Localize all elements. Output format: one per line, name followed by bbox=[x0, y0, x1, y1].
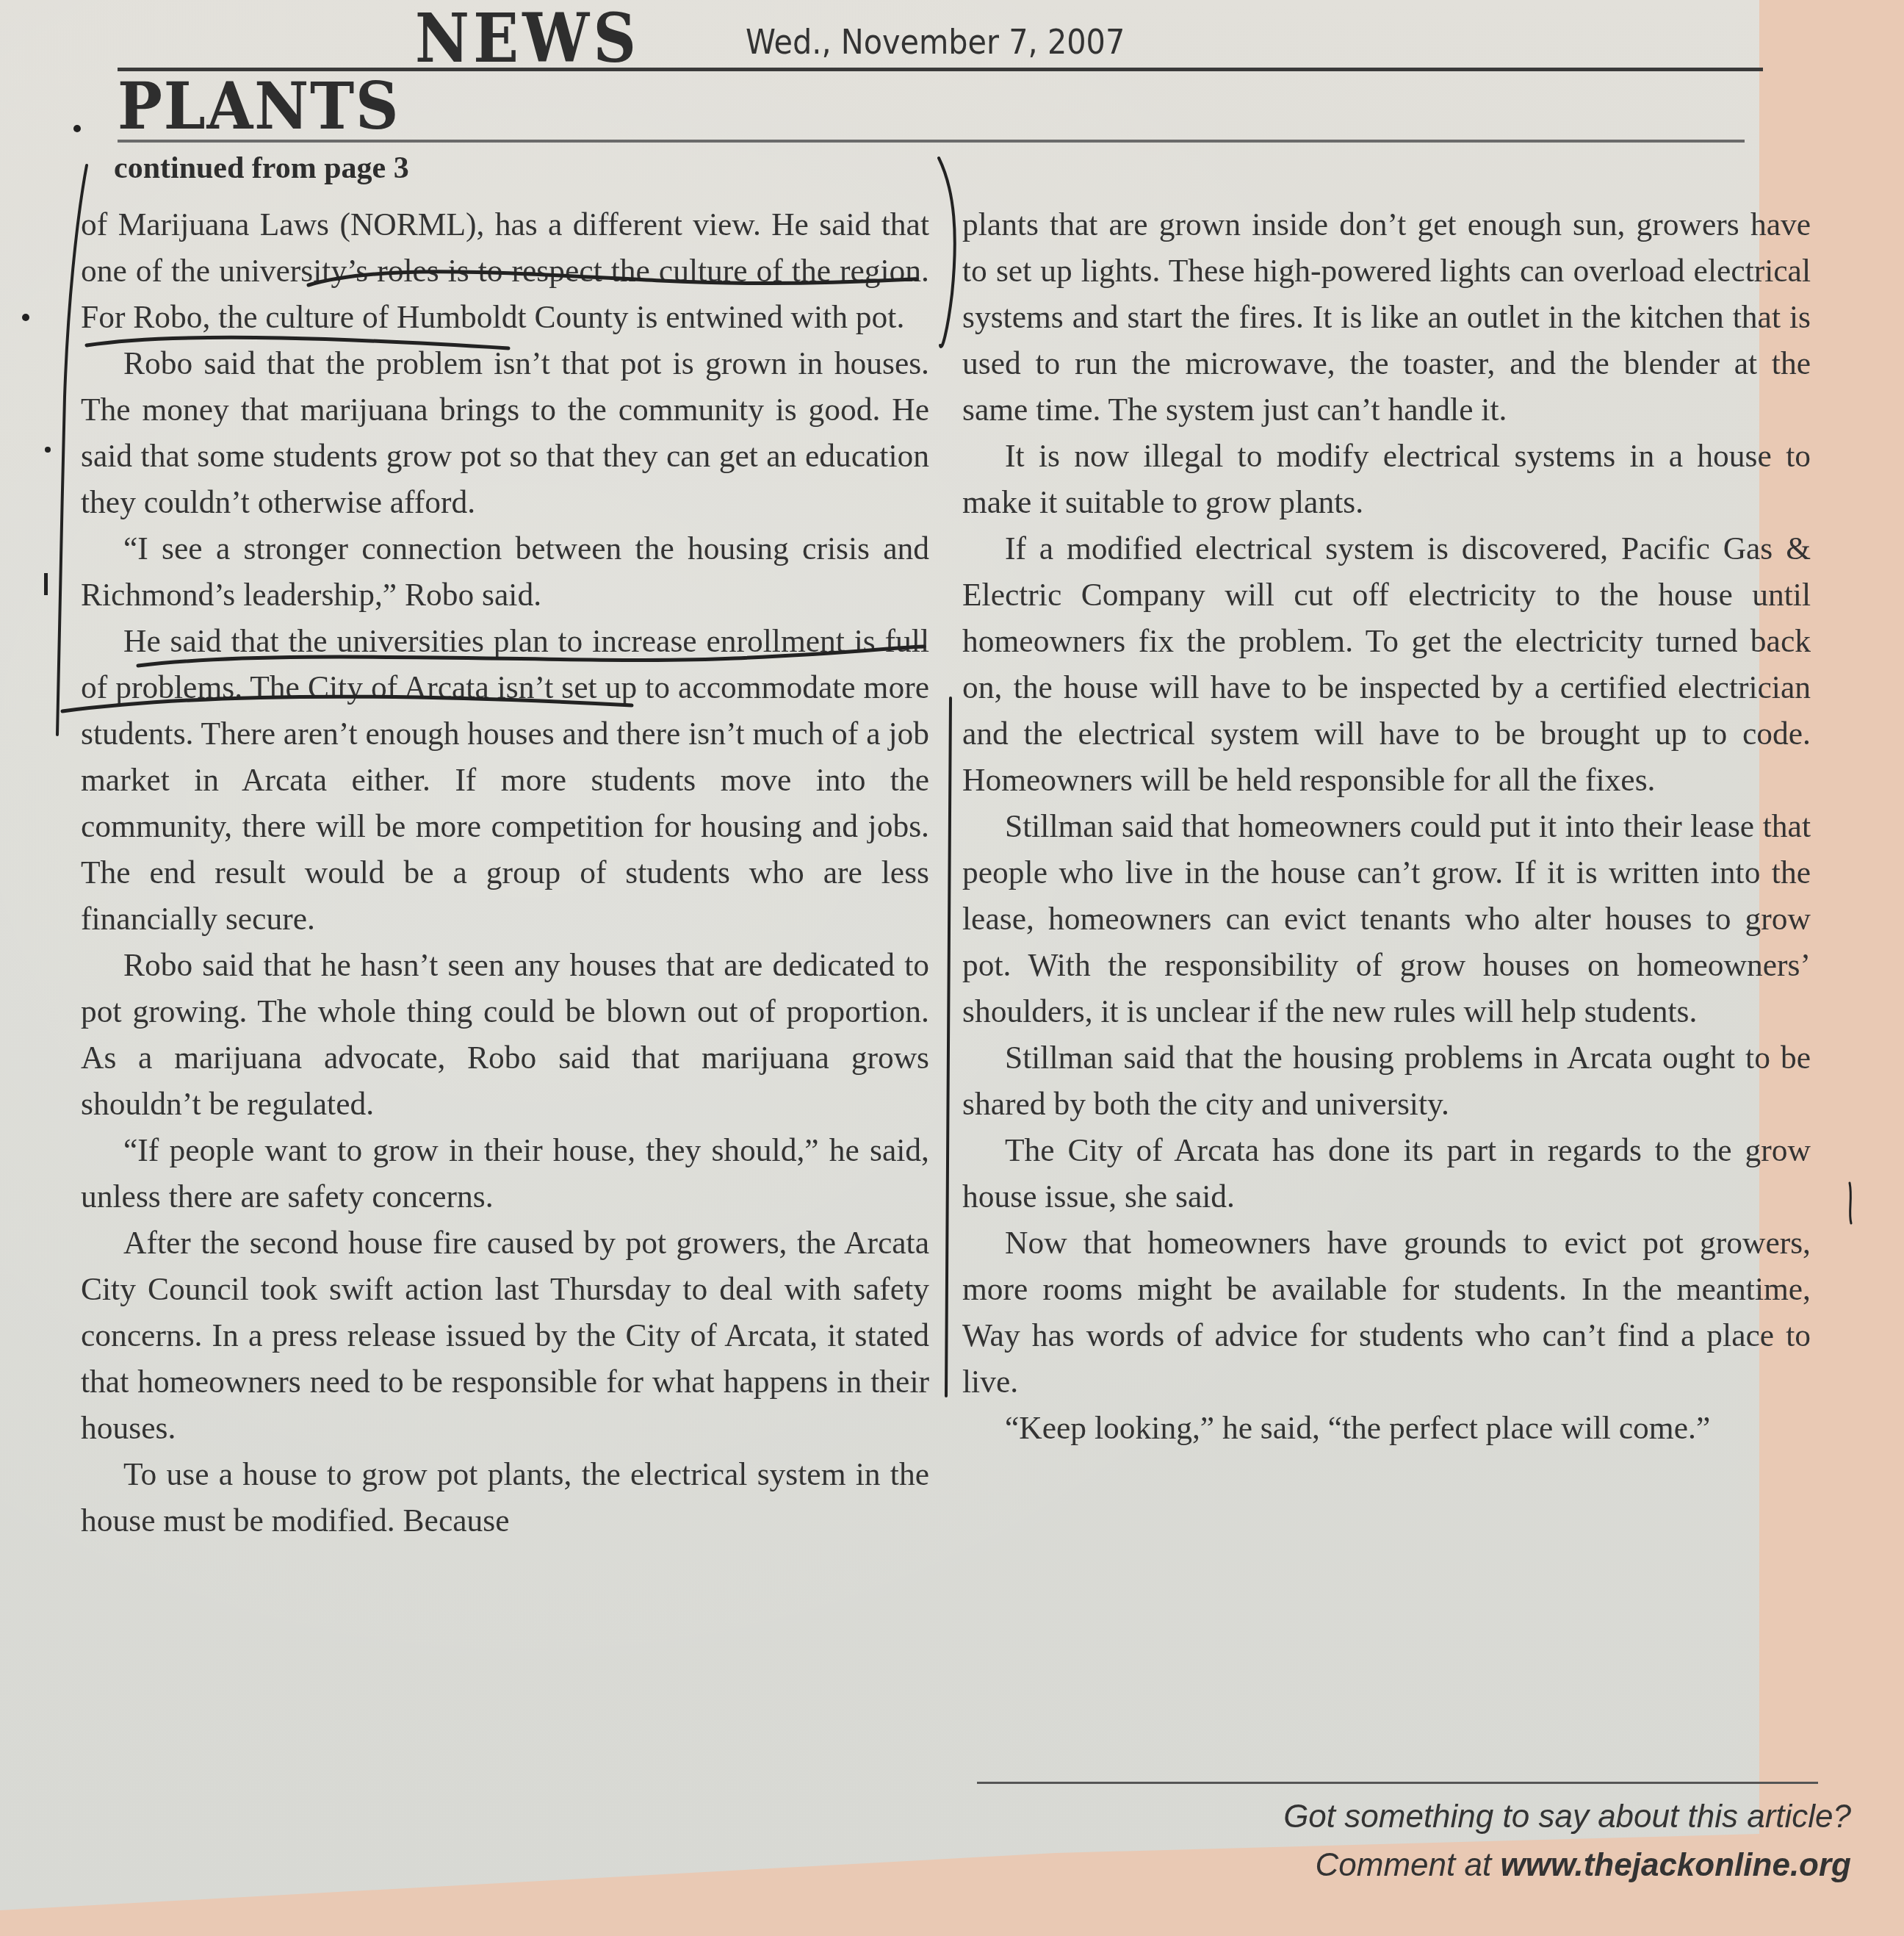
paragraph: It is now illegal to modify electrical s… bbox=[962, 433, 1811, 526]
paragraph: If a modified electrical system is disco… bbox=[962, 526, 1811, 804]
kicker-divider bbox=[118, 140, 1745, 143]
comment-callout: Got something to say about this article?… bbox=[984, 1793, 1851, 1890]
paragraph: Robo said that the problem isn’t that po… bbox=[81, 341, 929, 526]
paragraph: To use a house to grow pot plants, the e… bbox=[81, 1452, 929, 1544]
closing-quote-paragraph: “Keep looking,” he said, “the perfect pl… bbox=[962, 1406, 1811, 1452]
paragraph: of Marijuana Laws (NORML), has a differe… bbox=[81, 202, 929, 341]
continued-label: continued from page 3 bbox=[114, 151, 409, 186]
paragraph: Stillman said that the housing problems … bbox=[962, 1035, 1811, 1128]
pull-quote-paragraph: “I see a stronger connection between the… bbox=[81, 526, 929, 619]
paragraph: Robo said that he hasn’t seen any houses… bbox=[81, 943, 929, 1128]
paragraph: The City of Arcata has done its part in … bbox=[962, 1128, 1811, 1220]
article-end-divider bbox=[977, 1782, 1818, 1784]
comment-prompt: Got something to say about this article? bbox=[984, 1793, 1851, 1841]
paragraph: Stillman said that homeowners could put … bbox=[962, 804, 1811, 1035]
paragraph: He said that the universities plan to in… bbox=[81, 619, 929, 943]
right-column: plants that are grown inside don’t get e… bbox=[962, 202, 1811, 1452]
masthead: NEWS Wed., November 7, 2007 bbox=[118, 0, 1763, 71]
comment-prefix: Comment at bbox=[1316, 1847, 1501, 1883]
left-column: of Marijuana Laws (NORML), has a differe… bbox=[81, 202, 929, 1544]
issue-date: Wed., November 7, 2007 bbox=[746, 22, 1125, 62]
section-name: NEWS bbox=[415, 0, 640, 78]
paragraph: “If people want to grow in their house, … bbox=[81, 1128, 929, 1220]
paragraph: Now that homeowners have grounds to evic… bbox=[962, 1220, 1811, 1406]
article-kicker: PLANTS bbox=[118, 68, 400, 144]
comment-line: Comment at www.thejackonline.org bbox=[984, 1841, 1851, 1890]
margin-tick-mark bbox=[1850, 1183, 1851, 1223]
paragraph: plants that are grown inside don’t get e… bbox=[962, 202, 1811, 433]
website-link[interactable]: www.thejackonline.org bbox=[1500, 1847, 1851, 1883]
paragraph: After the second house fire caused by po… bbox=[81, 1220, 929, 1452]
